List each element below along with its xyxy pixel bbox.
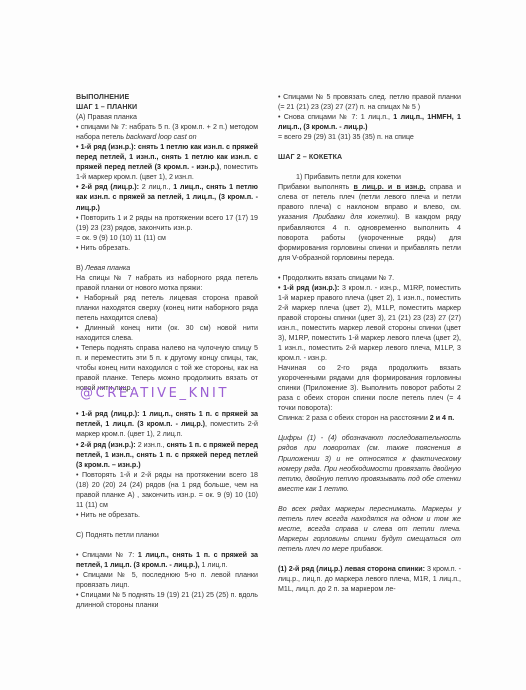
subsection-c-heading: С) Поднять петли планки [76, 530, 258, 540]
instruction-c1: • Спицами № 7: 1 лиц.п., снять 1 п. с пр… [76, 550, 258, 570]
instruction-row-2: (1) 2-й ряд (лиц.р.) левая сторона спинк… [278, 564, 461, 594]
subsection-1-heading: 1) Прибавить петли для кокетки [278, 172, 461, 182]
instruction-r3: = всего 29 (29) 31 (31) 35 (35) п. на сп… [278, 132, 461, 142]
step-1-heading: ШАГ 1 – ПЛАНКИ [76, 102, 258, 112]
instruction-a2: • 1-й ряд (изн.р.): снять 1 петлю как из… [76, 142, 258, 182]
instruction-r1: • Спицами № 5 провязать след. петлю прав… [278, 92, 461, 112]
instruction-q4: Спинка: 2 раза с обеих сторон на расстоя… [278, 413, 461, 423]
instruction-a5: = ок. 9 (9) 10 (10) 11 (11) см [76, 233, 258, 243]
instruction-b6: • 2-й ряд (изн.р.): 2 изн.п., снять 1 п.… [76, 440, 258, 470]
instruction-b2: • Наборный ряд петель лицевая сторона пр… [76, 293, 258, 323]
right-column: • Спицами № 5 провязать след. петлю прав… [278, 92, 461, 594]
note-markers: Во всех рядах маркеры переснимать. Марке… [278, 504, 461, 554]
instruction-q2: • 1-й ряд (изн.р.): 3 кром.п. - изн.р., … [278, 283, 461, 363]
section-title: ВЫПОЛНЕНИЕ [76, 92, 258, 102]
instruction-a4: • Повторить 1 и 2 ряды на протяжении все… [76, 213, 258, 233]
instruction-b8: • Нить не обрезать. [76, 510, 258, 520]
left-column: ВЫПОЛНЕНИЕ ШАГ 1 – ПЛАНКИ (А) Правая пла… [76, 92, 258, 610]
instruction-b7: • Повторять 1-й и 2-й ряды на протяжении… [76, 470, 258, 510]
instruction-a1: • спицами № 7: набрать 5 п. (3 кром.п. +… [76, 122, 258, 142]
instruction-q3: Начиная со 2-го ряда продолжить вязать у… [278, 363, 461, 413]
instruction-c2: • Спицами № 5, последнюю 5-ю п. левой пл… [76, 570, 258, 590]
watermark-text: @CREATIVE_KNIT [80, 387, 229, 401]
subsection-b-heading: В) Левая планка [76, 263, 258, 273]
document-page: ВЫПОЛНЕНИЕ ШАГ 1 – ПЛАНКИ (А) Правая пла… [0, 0, 526, 690]
instruction-c3: • Спицами № 5 поднять 19 (19) 21 (21) 25… [76, 590, 258, 610]
instruction-a6: • Нить обрезать. [76, 243, 258, 253]
subsection-a-heading: (А) Правая планка [76, 112, 258, 122]
instruction-a3: • 2-й ряд (лиц.р.): 2 лиц.п., 1 лиц.п., … [76, 182, 258, 212]
paragraph-increases: Прибавки выполнять в лиц.р. и в изн.р. с… [278, 182, 461, 262]
instruction-b5: • 1-й ряд (лиц.р.): 1 лиц.п., снять 1 п.… [76, 409, 258, 439]
instruction-b3: • Длинный конец нити (ок. 30 см) новой н… [76, 323, 258, 343]
instruction-q1: • Продолжить вязать спицами № 7. [278, 273, 461, 283]
instruction-r2: • Снова спицами № 7: 1 лиц.п., 1 лиц.п.,… [278, 112, 461, 132]
note-row-numbers: Цифры (1) - (4) обозначают последователь… [278, 433, 461, 493]
step-2-heading: ШАГ 2 – КОКЕТКА [278, 152, 461, 162]
instruction-b1: На спицы № 7 набрать из наборного ряда п… [76, 273, 258, 293]
